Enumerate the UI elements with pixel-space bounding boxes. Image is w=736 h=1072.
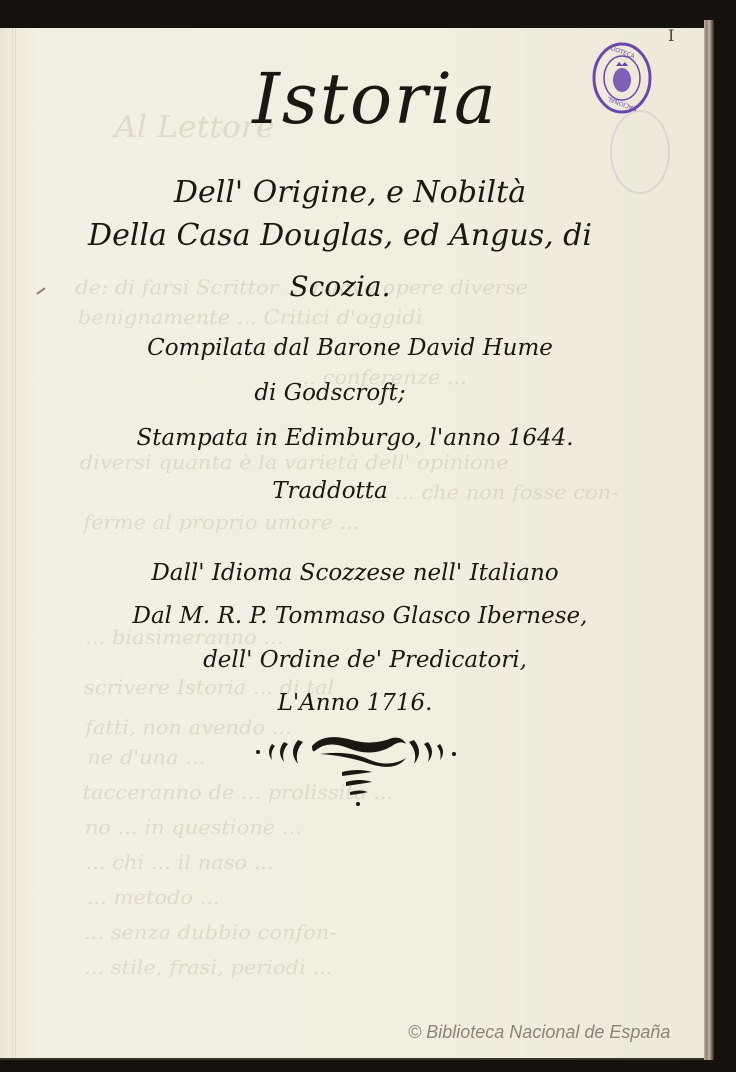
- bleed-through-line: ... stile, frasi, periodi ...: [84, 955, 332, 979]
- subtitle-line: Dell' Origine, e Nobiltà: [140, 175, 560, 210]
- page-title: Istoria: [210, 58, 540, 140]
- compiler-line: Stampata in Edimburgo, l'anno 1644.: [120, 425, 590, 451]
- translation-line: L'Anno 1716.: [240, 690, 470, 716]
- bleed-through-line: ferme al proprio umore ...: [83, 510, 359, 534]
- bleed-through-line: benignamente ... Critici d'oggidì: [78, 305, 422, 329]
- translation-line: Dal M. R. P. Tommaso Glasco Ibernese,: [100, 603, 620, 629]
- translated-label: Traddotta: [250, 478, 410, 504]
- bleed-through-line: ... metodo ...: [87, 885, 220, 909]
- stamp-bleed-through: [610, 110, 670, 194]
- subtitle-line: Scozia.: [250, 270, 430, 303]
- translation-line: Dall' Idioma Scozzese nell' Italiano: [110, 560, 600, 586]
- subtitle-line: Della Casa Douglas, ed Angus, di: [80, 218, 600, 253]
- library-stamp-icon: LIOTECA NACIONAL: [592, 42, 652, 114]
- compiler-line: di Godscroft;: [230, 380, 430, 406]
- calligraphic-flourish-icon: [250, 732, 470, 812]
- copyright-credit: © Biblioteca Nacional de España: [408, 1022, 670, 1043]
- bleed-through-line: ... chi ... il naso ...: [86, 850, 274, 874]
- page-gutter: [12, 28, 16, 1058]
- compiler-line: Compilata dal Barone David Hume: [130, 335, 570, 361]
- bleed-through-line: diversi quanta è la varietà dell' opinio…: [80, 450, 509, 474]
- bleed-through-line: ... senza dubbio confon-: [84, 920, 337, 944]
- bleed-through-line: ne d'una ...: [87, 745, 205, 769]
- bleed-through-line: ... che non fosse con-: [395, 480, 619, 504]
- bleed-through-line: no ... in questione ...: [85, 815, 302, 839]
- page-edge: [704, 20, 714, 1060]
- folio-number: I: [668, 26, 674, 45]
- translation-line: dell' Ordine de' Predicatori,: [190, 647, 540, 673]
